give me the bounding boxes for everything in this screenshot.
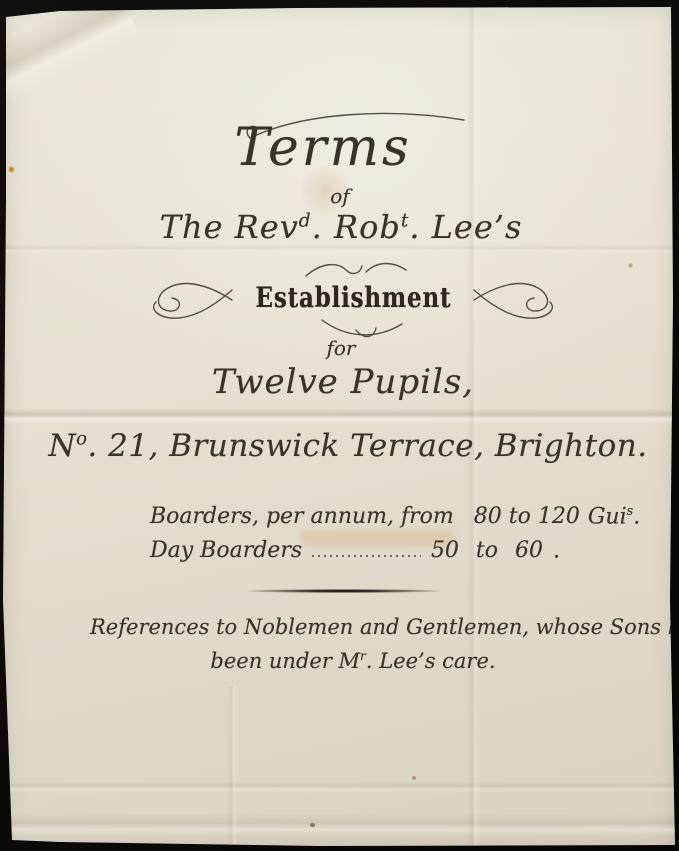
rate-label: Day Boarders: [150, 538, 302, 563]
paper-speck: [310, 823, 315, 827]
fold-crease-vertical-bottom-left: [226, 686, 238, 847]
fold-shadow-bottom: [0, 814, 679, 836]
address-post: . 21, Brunswick Terrace, Brighton.: [87, 428, 647, 464]
document-paper: Terms of The Revd. Robt. Lee’s Establish…: [0, 0, 679, 851]
references-line1: References to Noblemen and Gentlemen, wh…: [90, 615, 616, 639]
foxing-spot: [412, 776, 416, 780]
foxing-spot: [628, 263, 633, 268]
fold-crease-horizontal-main: [0, 408, 679, 424]
leader-dots: [312, 555, 421, 557]
rate-range: 50 to 60: [431, 538, 543, 563]
divider-rule: [247, 589, 440, 593]
references-line2: been under Mr. Lee’s care.: [90, 649, 616, 673]
references-line2-pre: been under M: [210, 649, 360, 673]
establishment-word: Establishment: [255, 281, 451, 314]
establishment-flourish-left: [142, 270, 234, 324]
rate-label: Boarders, per annum, from: [150, 504, 454, 529]
owner-line-mid: . Rob: [312, 208, 401, 246]
rate-unit: Guis.: [588, 504, 640, 529]
rate-unit-pre: Gui: [588, 504, 627, 529]
owner-line: The Revd. Robt. Lee’s: [141, 208, 541, 246]
owner-line-post: . Lee’s: [409, 208, 522, 246]
address-line: No. 21, Brunswick Terrace, Brighton.: [40, 428, 656, 464]
owner-line-sup-d: d: [299, 210, 312, 231]
rate-range: 80 to 120: [474, 504, 580, 529]
title-terms: Terms: [203, 118, 443, 178]
rate-row-day-boarders: Day Boarders 50 to 60 .: [150, 538, 560, 563]
scan-background: Terms of The Revd. Robt. Lee’s Establish…: [0, 0, 679, 851]
foxing-spot: [8, 166, 15, 173]
fold-crease-horizontal-lower: [0, 781, 679, 793]
references-line2-post: . Lee’s care.: [366, 649, 496, 673]
rate-unit-post: .: [553, 538, 560, 563]
fold-crease-diagonal-top-left: [0, 0, 139, 112]
rate-row-boarders: Boarders, per annum, from 80 to 120 Guis…: [150, 504, 582, 529]
owner-line-pre: The Rev: [160, 208, 299, 246]
establishment-flourish-right: [472, 270, 564, 324]
address-pre: N: [48, 428, 76, 464]
rate-unit: .: [553, 538, 560, 563]
pupils-line: Twelve Pupils,: [193, 362, 493, 402]
word-for: for: [291, 336, 391, 360]
address-sup-o: o: [76, 429, 87, 450]
word-of: of: [290, 184, 390, 208]
rate-unit-post: .: [633, 504, 640, 529]
